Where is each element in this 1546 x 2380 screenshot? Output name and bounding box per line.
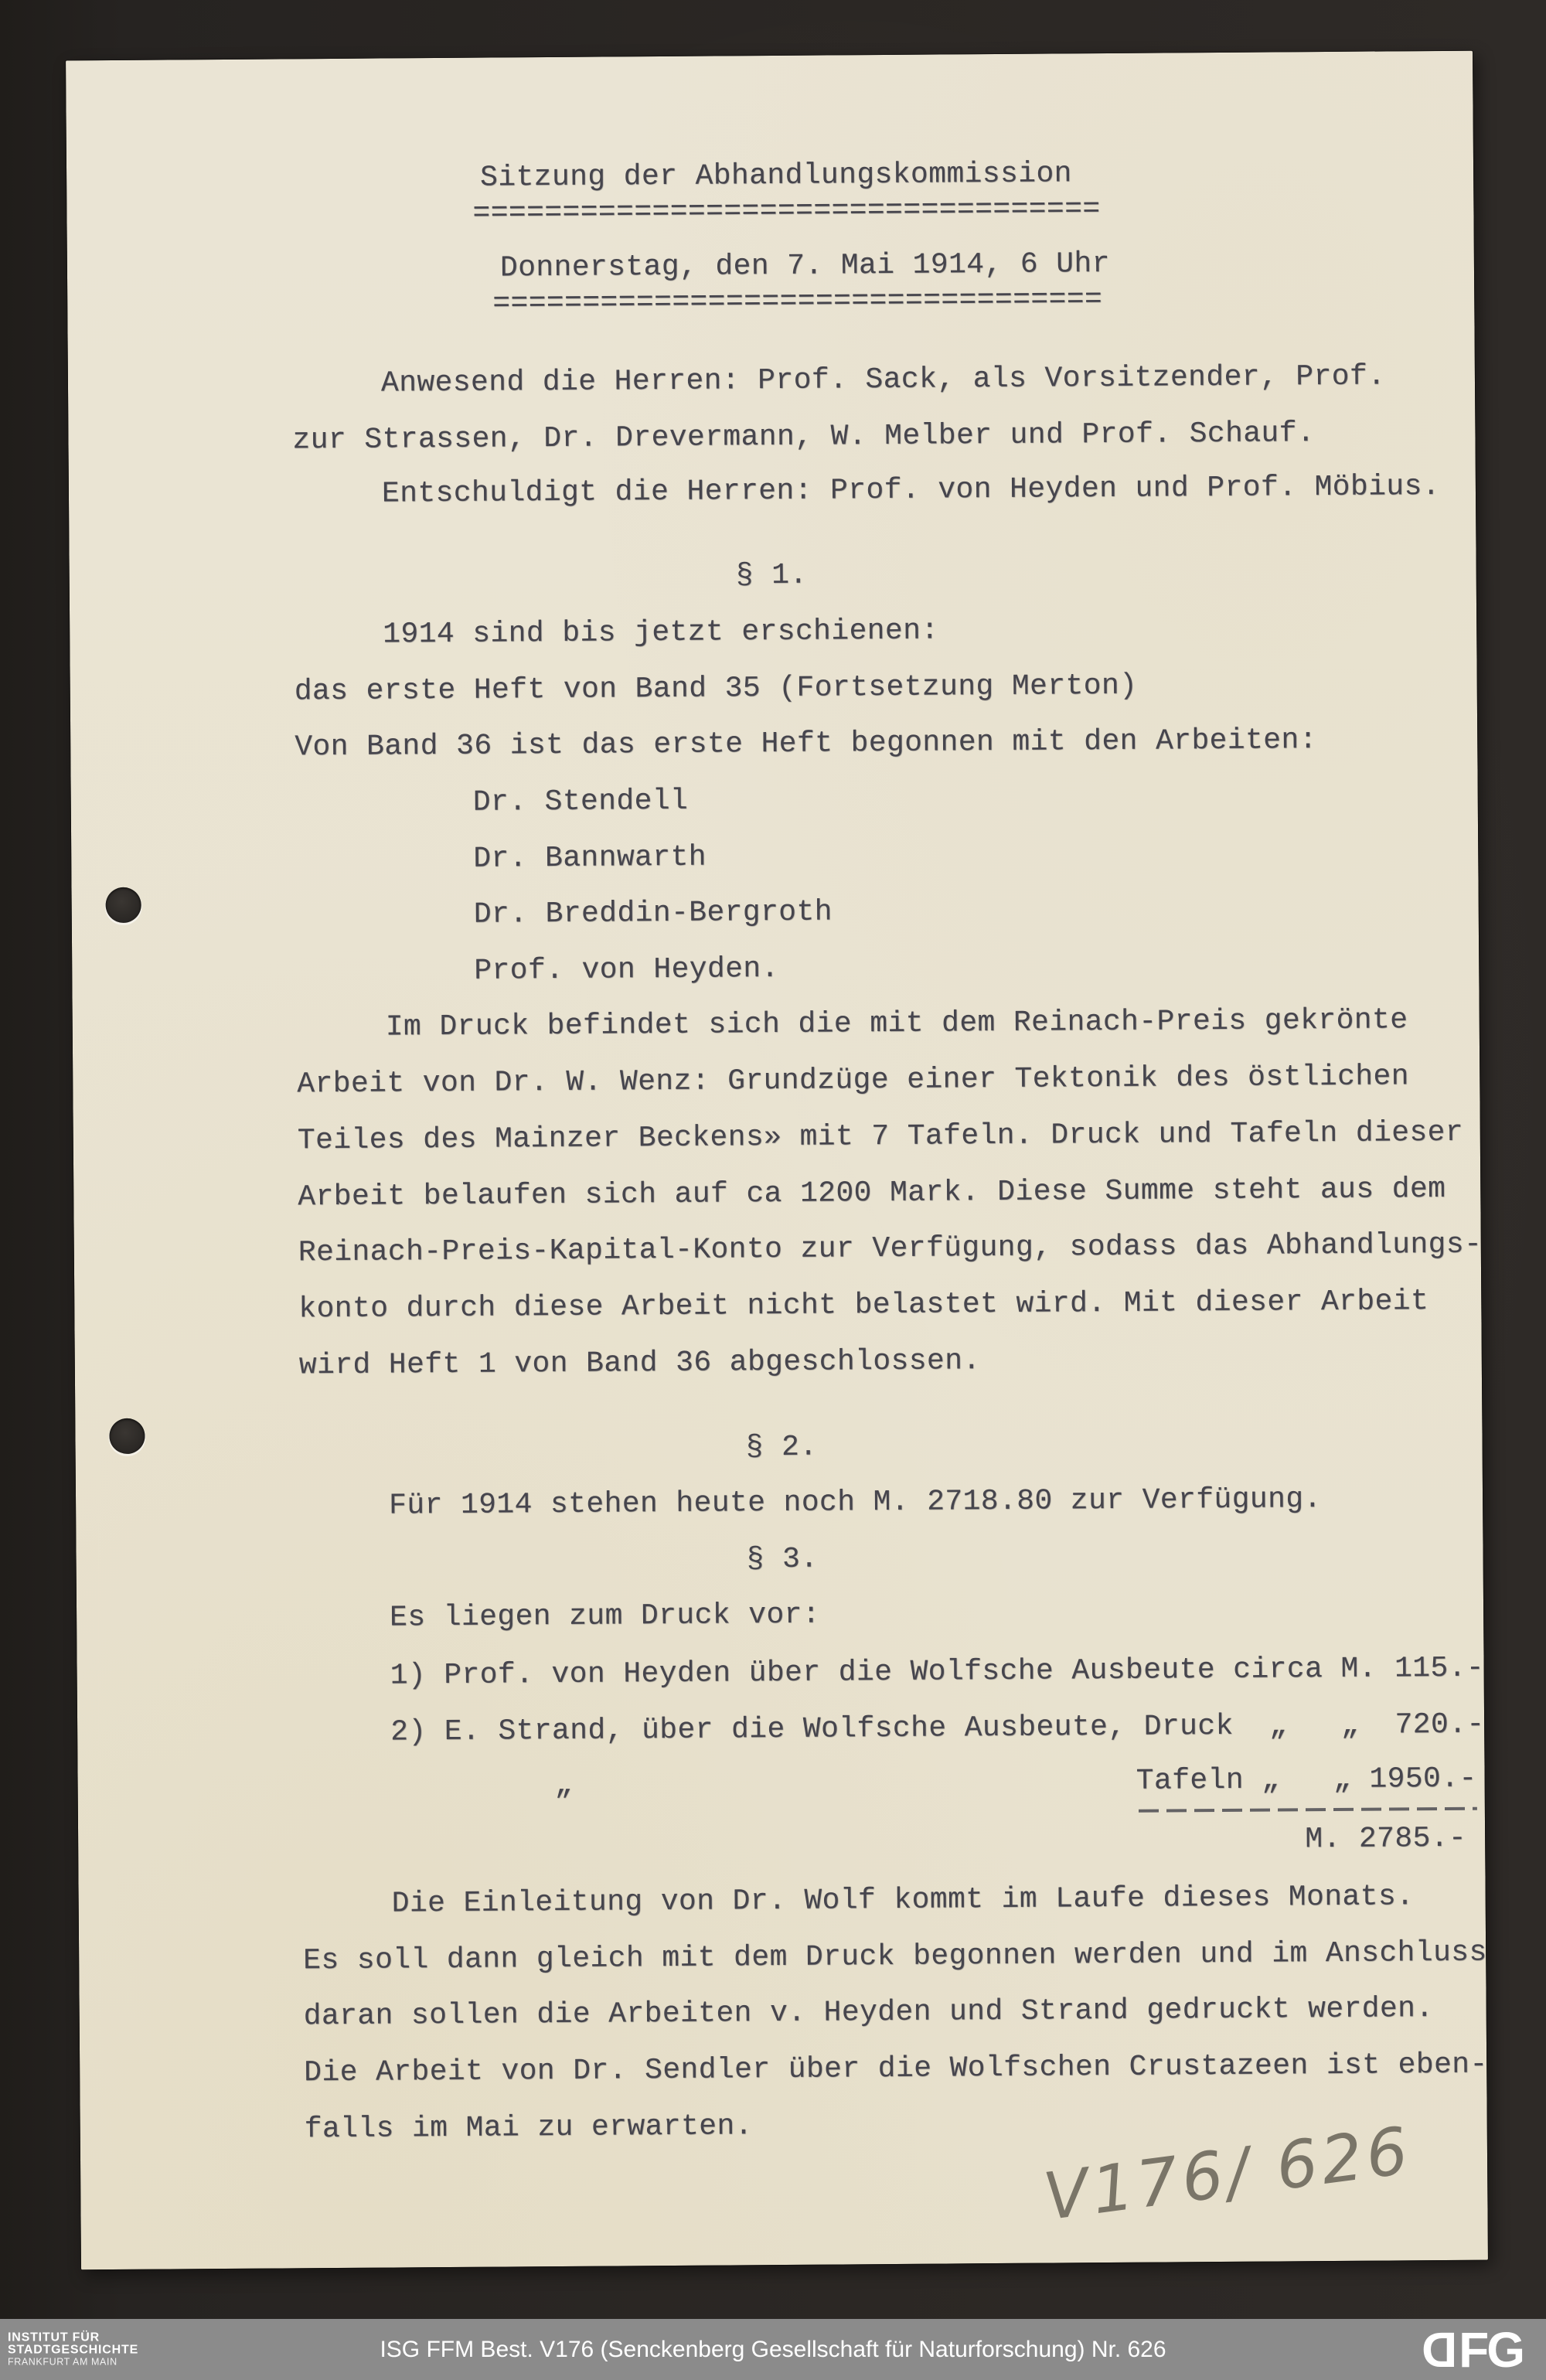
section-heading-1: § 1.: [736, 558, 808, 594]
amount-underline: [1139, 1807, 1477, 1813]
author-list-item: Dr. Bannwarth: [473, 840, 707, 877]
typed-line: Von Band 36 ist das erste Heft begonnen …: [295, 723, 1317, 765]
typed-line: daran sollen die Arbeiten v. Heyden und …: [304, 1991, 1434, 2034]
institute-logo-line: FRANKFURT AM MAIN: [8, 2358, 138, 2368]
typed-line: 1914 sind bis jetzt erschienen:: [383, 614, 939, 653]
typed-line: falls im Mai zu erwarten.: [305, 2109, 753, 2147]
author-list-item: Prof. von Heyden.: [474, 952, 779, 989]
typed-line: das erste Heft von Band 35 (Fortsetzung …: [295, 669, 1138, 710]
typed-line: Arbeit von Dr. W. Wenz: Grundzüge einer …: [297, 1059, 1409, 1102]
handwritten-archive-number: V176/ 626: [1040, 2113, 1416, 2235]
author-list-item: Dr. Stendell: [473, 784, 689, 821]
section-heading-2: § 2.: [745, 1430, 817, 1466]
typed-line: Teiles des Mainzer Beckens» mit 7 Tafeln…: [298, 1115, 1464, 1159]
typed-line: Es liegen zum Druck vor:: [390, 1598, 820, 1636]
dfg-logo: DFG: [1424, 2325, 1523, 2375]
dfg-logo-mirrored-d: D: [1424, 2325, 1457, 2375]
print-list-item-2: 2) E. Strand, über die Wolfsche Ausbeute…: [390, 1708, 1485, 1751]
typed-line: Es soll dann gleich mit dem Druck begonn…: [303, 1936, 1487, 1980]
institute-logo-line: STADTGESCHICHTE: [8, 2344, 138, 2358]
ditto-mark: „: [554, 1768, 573, 1803]
typed-line: Anwesend die Herren: Prof. Sack, als Vor…: [381, 359, 1386, 401]
typed-line: konto durch diese Arbeit nicht belastet …: [298, 1284, 1429, 1327]
institute-logo-line: INSTITUT FÜR: [8, 2331, 138, 2344]
typed-line: wird Heft 1 von Band 36 abgeschlossen.: [299, 1343, 981, 1384]
institute-logo: INSTITUT FÜR STADTGESCHICHTE FRANKFURT A…: [8, 2331, 138, 2368]
document-title: Sitzung der Abhandlungskommission: [480, 156, 1072, 196]
footer-bar: INSTITUT FÜR STADTGESCHICHTE FRANKFURT A…: [0, 2319, 1546, 2380]
section-heading-3: § 3.: [746, 1542, 818, 1578]
tafeln-amount-line: Tafeln „ „ 1950.-: [1136, 1762, 1477, 1799]
typed-line: Arbeit belaufen sich auf ca 1200 Mark. D…: [298, 1172, 1446, 1215]
typed-line: Die Arbeit von Dr. Sendler über die Wolf…: [304, 2048, 1488, 2092]
date-underline: ==================================: [492, 282, 1102, 322]
typed-line: Entschuldigt die Herren: Prof. von Heyde…: [382, 469, 1440, 512]
scan-background: Sitzung der Abhandlungskommission ======…: [0, 0, 1546, 2380]
print-list-item-1: 1) Prof. von Heyden über die Wolfsche Au…: [390, 1651, 1484, 1694]
typed-line: Für 1914 stehen heute noch M. 2718.80 zu…: [389, 1482, 1322, 1524]
archival-caption: ISG FFM Best. V176 (Senckenberg Gesellsc…: [380, 2337, 1166, 2363]
typed-line: Reinach-Preis-Kapital-Konto zur Verfügun…: [298, 1227, 1483, 1272]
total-amount-line: M. 2785.-: [1305, 1821, 1466, 1857]
dfg-logo-fg: FG: [1459, 2322, 1523, 2378]
typed-line: zur Strassen, Dr. Drevermann, W. Melber …: [292, 416, 1315, 458]
document-page: Sitzung der Abhandlungskommission ======…: [66, 51, 1488, 2270]
title-underline: ===================================: [472, 192, 1100, 232]
document-date-line: Donnerstag, den 7. Mai 1914, 6 Uhr: [500, 247, 1110, 287]
author-list-item: Dr. Breddin-Bergroth: [474, 894, 833, 932]
punch-hole-bottom: [109, 1418, 145, 1454]
typed-line: Im Druck befindet sich die mit dem Reina…: [386, 1003, 1408, 1045]
typed-line: Die Einleitung von Dr. Wolf kommt im Lau…: [392, 1879, 1415, 1922]
punch-hole-top: [106, 887, 141, 923]
